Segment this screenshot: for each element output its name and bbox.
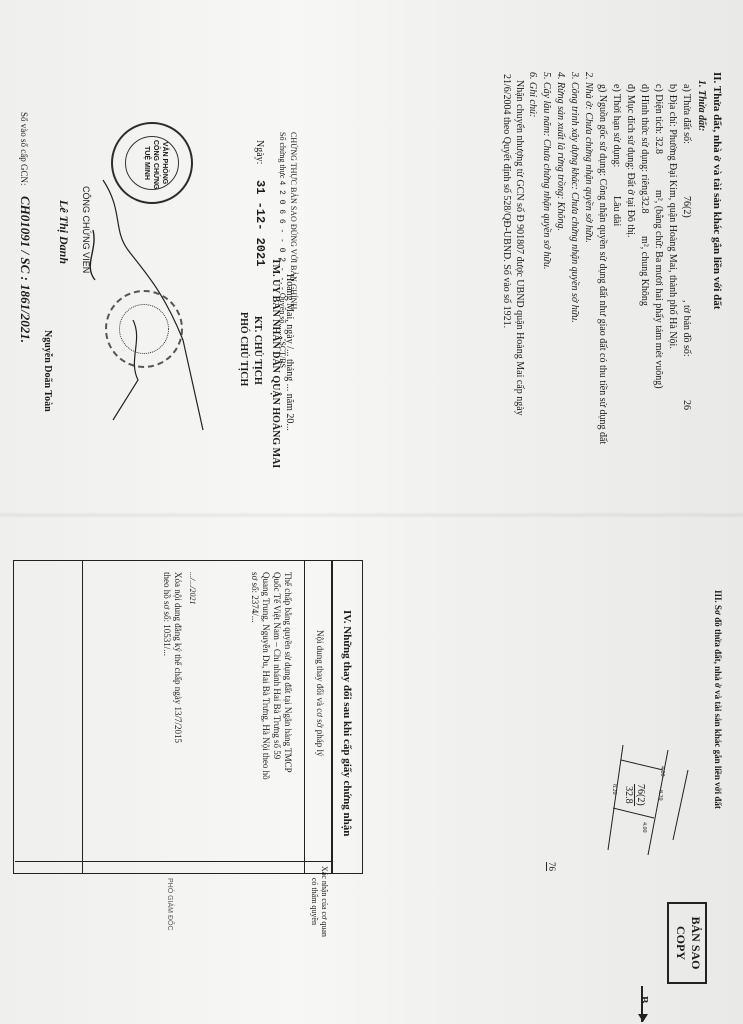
parcel-number: 76(2) bbox=[634, 784, 646, 806]
dim-top: 4.00 bbox=[659, 766, 665, 777]
parcel-label: 76(2) 32.8 bbox=[623, 784, 646, 806]
address-line: b) Địa chỉ: Phường Đại Kim, quận Hoàng M… bbox=[667, 84, 678, 349]
change-row-1: Thế chấp bằng quyền sử dụng đất tại Ngân… bbox=[249, 572, 293, 780]
change-row-2-date: .../.../2021 bbox=[188, 572, 197, 604]
item-house: 2. Nhà ở: Chưa chứng nhận quyền sở hữu. bbox=[583, 72, 594, 243]
parcel-area: 32.8 bbox=[623, 784, 634, 806]
parcel-number-value: 76(2) bbox=[681, 196, 692, 218]
certification-number-label: Số chứng thực bbox=[278, 132, 287, 178]
certification-date-label: Ngày: bbox=[254, 140, 265, 164]
item-forest: 4. Rừng sản xuất là rừng trồng: Không. bbox=[555, 72, 566, 231]
map-sheet-label: , tờ bản đồ số: bbox=[681, 300, 692, 357]
rotated-certificate: II. Thửa đất, nhà ở và tài sản khác gắn … bbox=[0, 0, 743, 1024]
dim-left: 8.20 bbox=[657, 790, 663, 801]
usage-form-label: d) Hình thức sử dụng: riêng bbox=[639, 84, 650, 195]
parcel-number-label: a) Thửa đất số: bbox=[681, 84, 692, 144]
item-perennial: 5. Cây lâu năm: Chưa chứng nhận quyền sở… bbox=[541, 72, 552, 270]
area-text: m², (bằng chữ: Ba mươi hai phẩy tám mét … bbox=[653, 190, 664, 389]
north-arrow-head bbox=[638, 1014, 648, 1022]
neighbor-parcel: 76 bbox=[546, 862, 557, 871]
note-line-2: 21/6/2004 theo Quyết định số 528/QĐ-UBND… bbox=[501, 74, 512, 328]
usage-purpose: đ) Mục đích sử dụng: Đất ở tại Đô thị. bbox=[625, 84, 636, 237]
scanned-document-page: II. Thửa đất, nhà ở và tài sản khác gắn … bbox=[0, 0, 743, 1024]
copy-stamp-line2: COPY bbox=[673, 904, 688, 982]
role-chairman: KT. CHỦ TỊCH bbox=[252, 316, 263, 385]
usage-origin: g) Nguồn gốc sử dụng: Công nhận quyền sử… bbox=[597, 84, 608, 444]
place-date: Hoàng Mai, ngày /... tháng ... năm 20... bbox=[284, 274, 295, 431]
notary-title: CÔNG CHỨNG VIÊN bbox=[81, 186, 91, 273]
usage-shared: m², chung Không bbox=[639, 236, 650, 306]
certification-date-value: 31 -12- 2021 bbox=[253, 180, 267, 266]
usage-private-area: 32.8 bbox=[639, 196, 650, 214]
register-label: Sổ vào sổ cấp GCN: bbox=[19, 112, 29, 186]
north-label: B bbox=[638, 996, 650, 1003]
area-label: c) Diện tích: 32.8 bbox=[653, 84, 664, 154]
col-header-content: Nội dung thay đổi và cơ sở pháp lý bbox=[315, 630, 325, 757]
role-vice-chairman: PHÓ CHỦ TỊCH bbox=[238, 312, 249, 386]
section-iii-title: III. Sơ đồ thửa đất, nhà ở và tài sản kh… bbox=[713, 590, 723, 809]
dim-right: 8.20 bbox=[611, 784, 617, 795]
note-line-1: Nhận chuyển nhượng từ GCN số Đ 901807 đư… bbox=[514, 80, 525, 416]
dim-bottom: 4.00 bbox=[641, 822, 647, 833]
copy-stamp-line1: BẢN SAO bbox=[688, 904, 703, 982]
official-stamp-text: PHÓ GIÁM ĐỐC bbox=[166, 878, 173, 931]
issuing-org: TM. ỦY BAN NHÂN DÂN QUẬN HOÀNG MAI bbox=[270, 258, 281, 468]
usage-term-label: e) Thời hạn sử dụng: bbox=[611, 84, 622, 167]
signature-strokes bbox=[23, 170, 223, 470]
changes-table bbox=[13, 560, 363, 874]
notary-name: Lê Thị Danh bbox=[56, 200, 71, 264]
col-header-authority: Xác nhận của cơ quan có thẩm quyền bbox=[309, 866, 329, 937]
section-ii-title: II. Thửa đất, nhà ở và tài sản khác gắn … bbox=[711, 72, 723, 309]
register-value: CH01091 / SC : 1861/2021. bbox=[17, 196, 33, 343]
usage-term-value: Lâu dài bbox=[611, 196, 622, 226]
section-iv-title: IV. Những thay đổi sau khi cấp giấy chứn… bbox=[341, 610, 353, 836]
change-row-2: Xóa nội dung đăng ký thế chấp ngày 13/7/… bbox=[161, 572, 183, 743]
item-other-construction: 3. Công trình xây dựng khác: Chưa chứng … bbox=[569, 72, 580, 323]
section-ii-sub1: 1. Thửa đất: bbox=[696, 80, 707, 131]
map-sheet-value: 26 bbox=[681, 400, 692, 410]
copy-stamp: BẢN SAO COPY bbox=[667, 902, 707, 984]
item-notes-label: 6. Ghi chú: bbox=[527, 72, 538, 117]
